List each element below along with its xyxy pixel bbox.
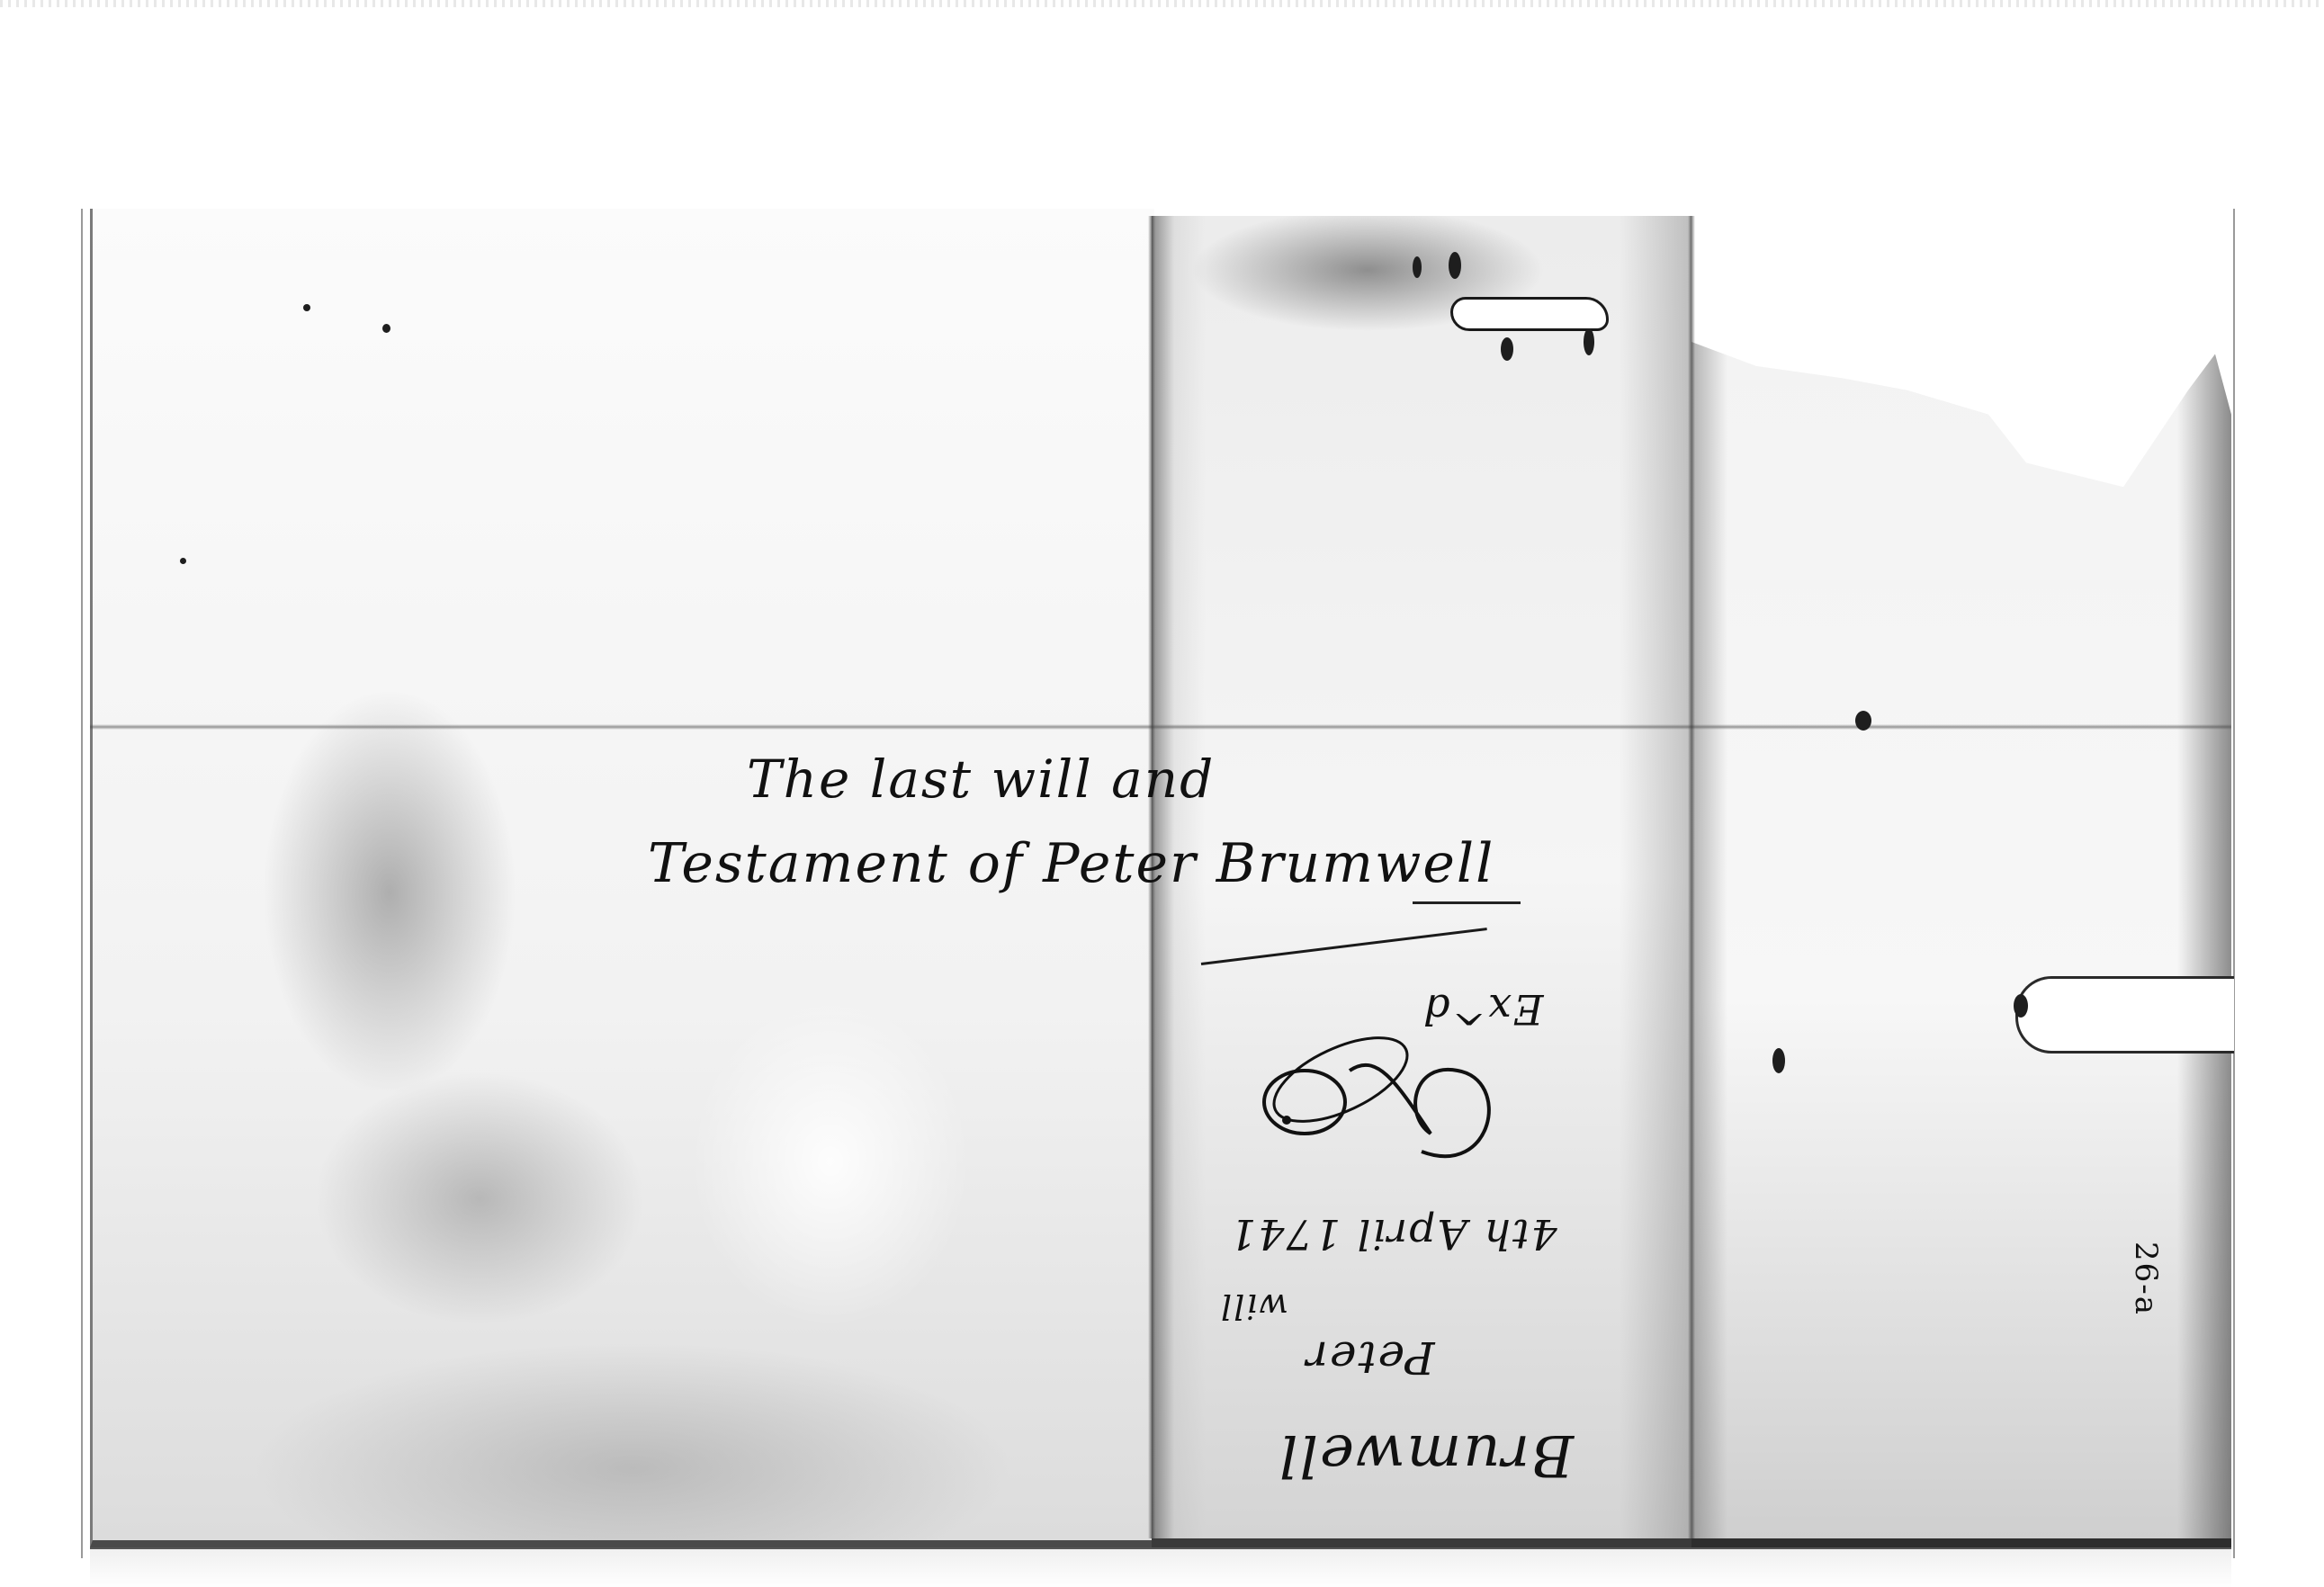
- ink-blot: [1449, 252, 1461, 279]
- docket-word-will: will: [1219, 1287, 1288, 1326]
- docket-surname: Brumwell: [1278, 1421, 1574, 1488]
- endorsement-line-1: The last will and: [747, 749, 1215, 810]
- tear-notch: [2015, 976, 2234, 1054]
- ink-speck: [303, 304, 310, 311]
- ink-blot: [1584, 328, 1594, 355]
- ink-blot: [1413, 256, 1422, 278]
- scan-edge-artifact: [0, 0, 2324, 7]
- folio-number: 26-a: [2128, 1242, 2164, 1316]
- docket-word-peter: Peter: [1305, 1331, 1435, 1384]
- horizontal-fold-line: [90, 724, 2231, 730]
- signature-flourish-icon: [1260, 1008, 1530, 1188]
- seal-damage-hole: [1450, 297, 1609, 331]
- vertical-fold-line: [1688, 216, 1695, 1538]
- ink-speck: [382, 324, 390, 333]
- ink-blot: [1772, 1048, 1785, 1073]
- ink-blot: [1501, 337, 1513, 361]
- ink-blot: [2014, 994, 2028, 1018]
- next-page-edge: [90, 1547, 2231, 1587]
- surname-underline: [1413, 901, 1521, 904]
- ink-blot: [1855, 711, 1871, 731]
- docket-date: 4th April 1741: [1228, 1210, 1557, 1259]
- paper-panel-right: [1691, 342, 2231, 1551]
- endorsement-line-2: Testament of Peter Brumwell: [648, 832, 1494, 895]
- ink-speck: [180, 558, 186, 564]
